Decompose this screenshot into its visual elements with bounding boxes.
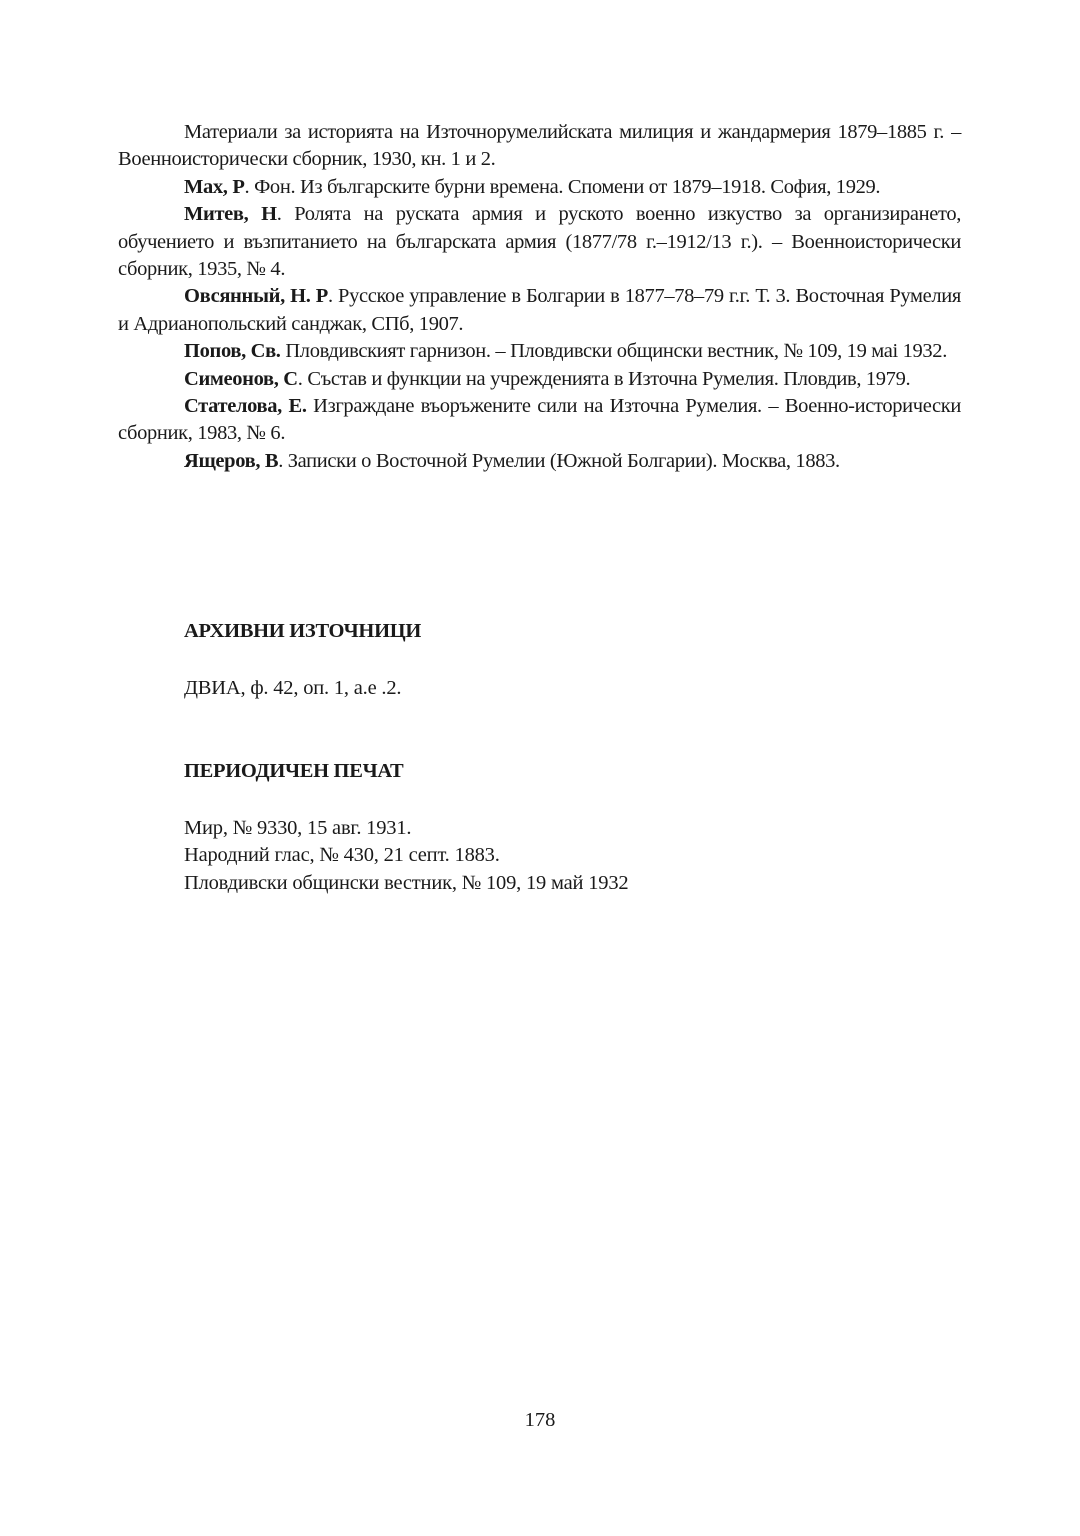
bibliography-entry: Попов, Св. Пловдивският гарнизон. – Плов… xyxy=(118,338,961,365)
entry-author: Стателова, Е. xyxy=(184,395,307,417)
bibliography-entry: Овсянный, Н. Р. Русское управление в Бол… xyxy=(118,283,961,338)
bibliography-entry: Ящеров, В. Записки о Восточной Румелии (… xyxy=(118,448,961,475)
entry-author: Попов, Св. xyxy=(184,340,281,362)
periodicals-list: Мир, № 9330, 15 авг. 1931. Народний глас… xyxy=(184,815,628,897)
bibliography-entry: Мах, Р. Фон. Из българските бурни времен… xyxy=(118,174,961,201)
entry-author: Симеонов, С xyxy=(184,368,298,390)
entry-text: . Фон. Из българските бурни времена. Спо… xyxy=(245,176,881,198)
entry-text: . Записки о Восточной Румелии (Южной Бол… xyxy=(278,450,840,472)
entry-text: Материали за историята на Източнорумелий… xyxy=(118,121,961,170)
bibliography-entry: Симеонов, С. Състав и функции на учрежде… xyxy=(118,366,961,393)
page-number: 178 xyxy=(0,1409,1080,1432)
entry-author: Ящеров, В xyxy=(184,450,278,472)
bibliography-entry: Стателова, Е. Изграждане въоръжените сил… xyxy=(118,393,961,448)
bibliography-entry: Материали за историята на Източнорумелий… xyxy=(118,119,961,174)
archive-sources-heading: АРХИВНИ ИЗТОЧНИЦИ xyxy=(184,620,421,643)
entry-author: Овсянный, Н. Р xyxy=(184,285,328,307)
periodical-item: Народний глас, № 430, 21 септ. 1883. xyxy=(184,842,628,869)
document-page: Материали за историята на Източнорумелий… xyxy=(0,0,1080,1536)
entry-text: . Състав и функции на учрежденията в Изт… xyxy=(298,368,910,390)
bibliography-list: Материали за историята на Източнорумелий… xyxy=(118,119,961,475)
entry-text: Пловдивският гарнизон. – Пловдивски общи… xyxy=(281,340,947,362)
bibliography-entry: Митев, Н. Ролята на руската армия и руск… xyxy=(118,201,961,283)
entry-author: Мах, Р xyxy=(184,176,245,198)
archive-sources-list: ДВИА, ф. 42, оп. 1, а.е .2. xyxy=(184,675,401,702)
entry-author: Митев, Н xyxy=(184,203,277,225)
periodical-item: Мир, № 9330, 15 авг. 1931. xyxy=(184,815,628,842)
periodicals-heading: ПЕРИОДИЧЕН ПЕЧАТ xyxy=(184,760,403,783)
periodical-item: Пловдивски общински вестник, № 109, 19 м… xyxy=(184,870,628,897)
archive-source-item: ДВИА, ф. 42, оп. 1, а.е .2. xyxy=(184,675,401,702)
